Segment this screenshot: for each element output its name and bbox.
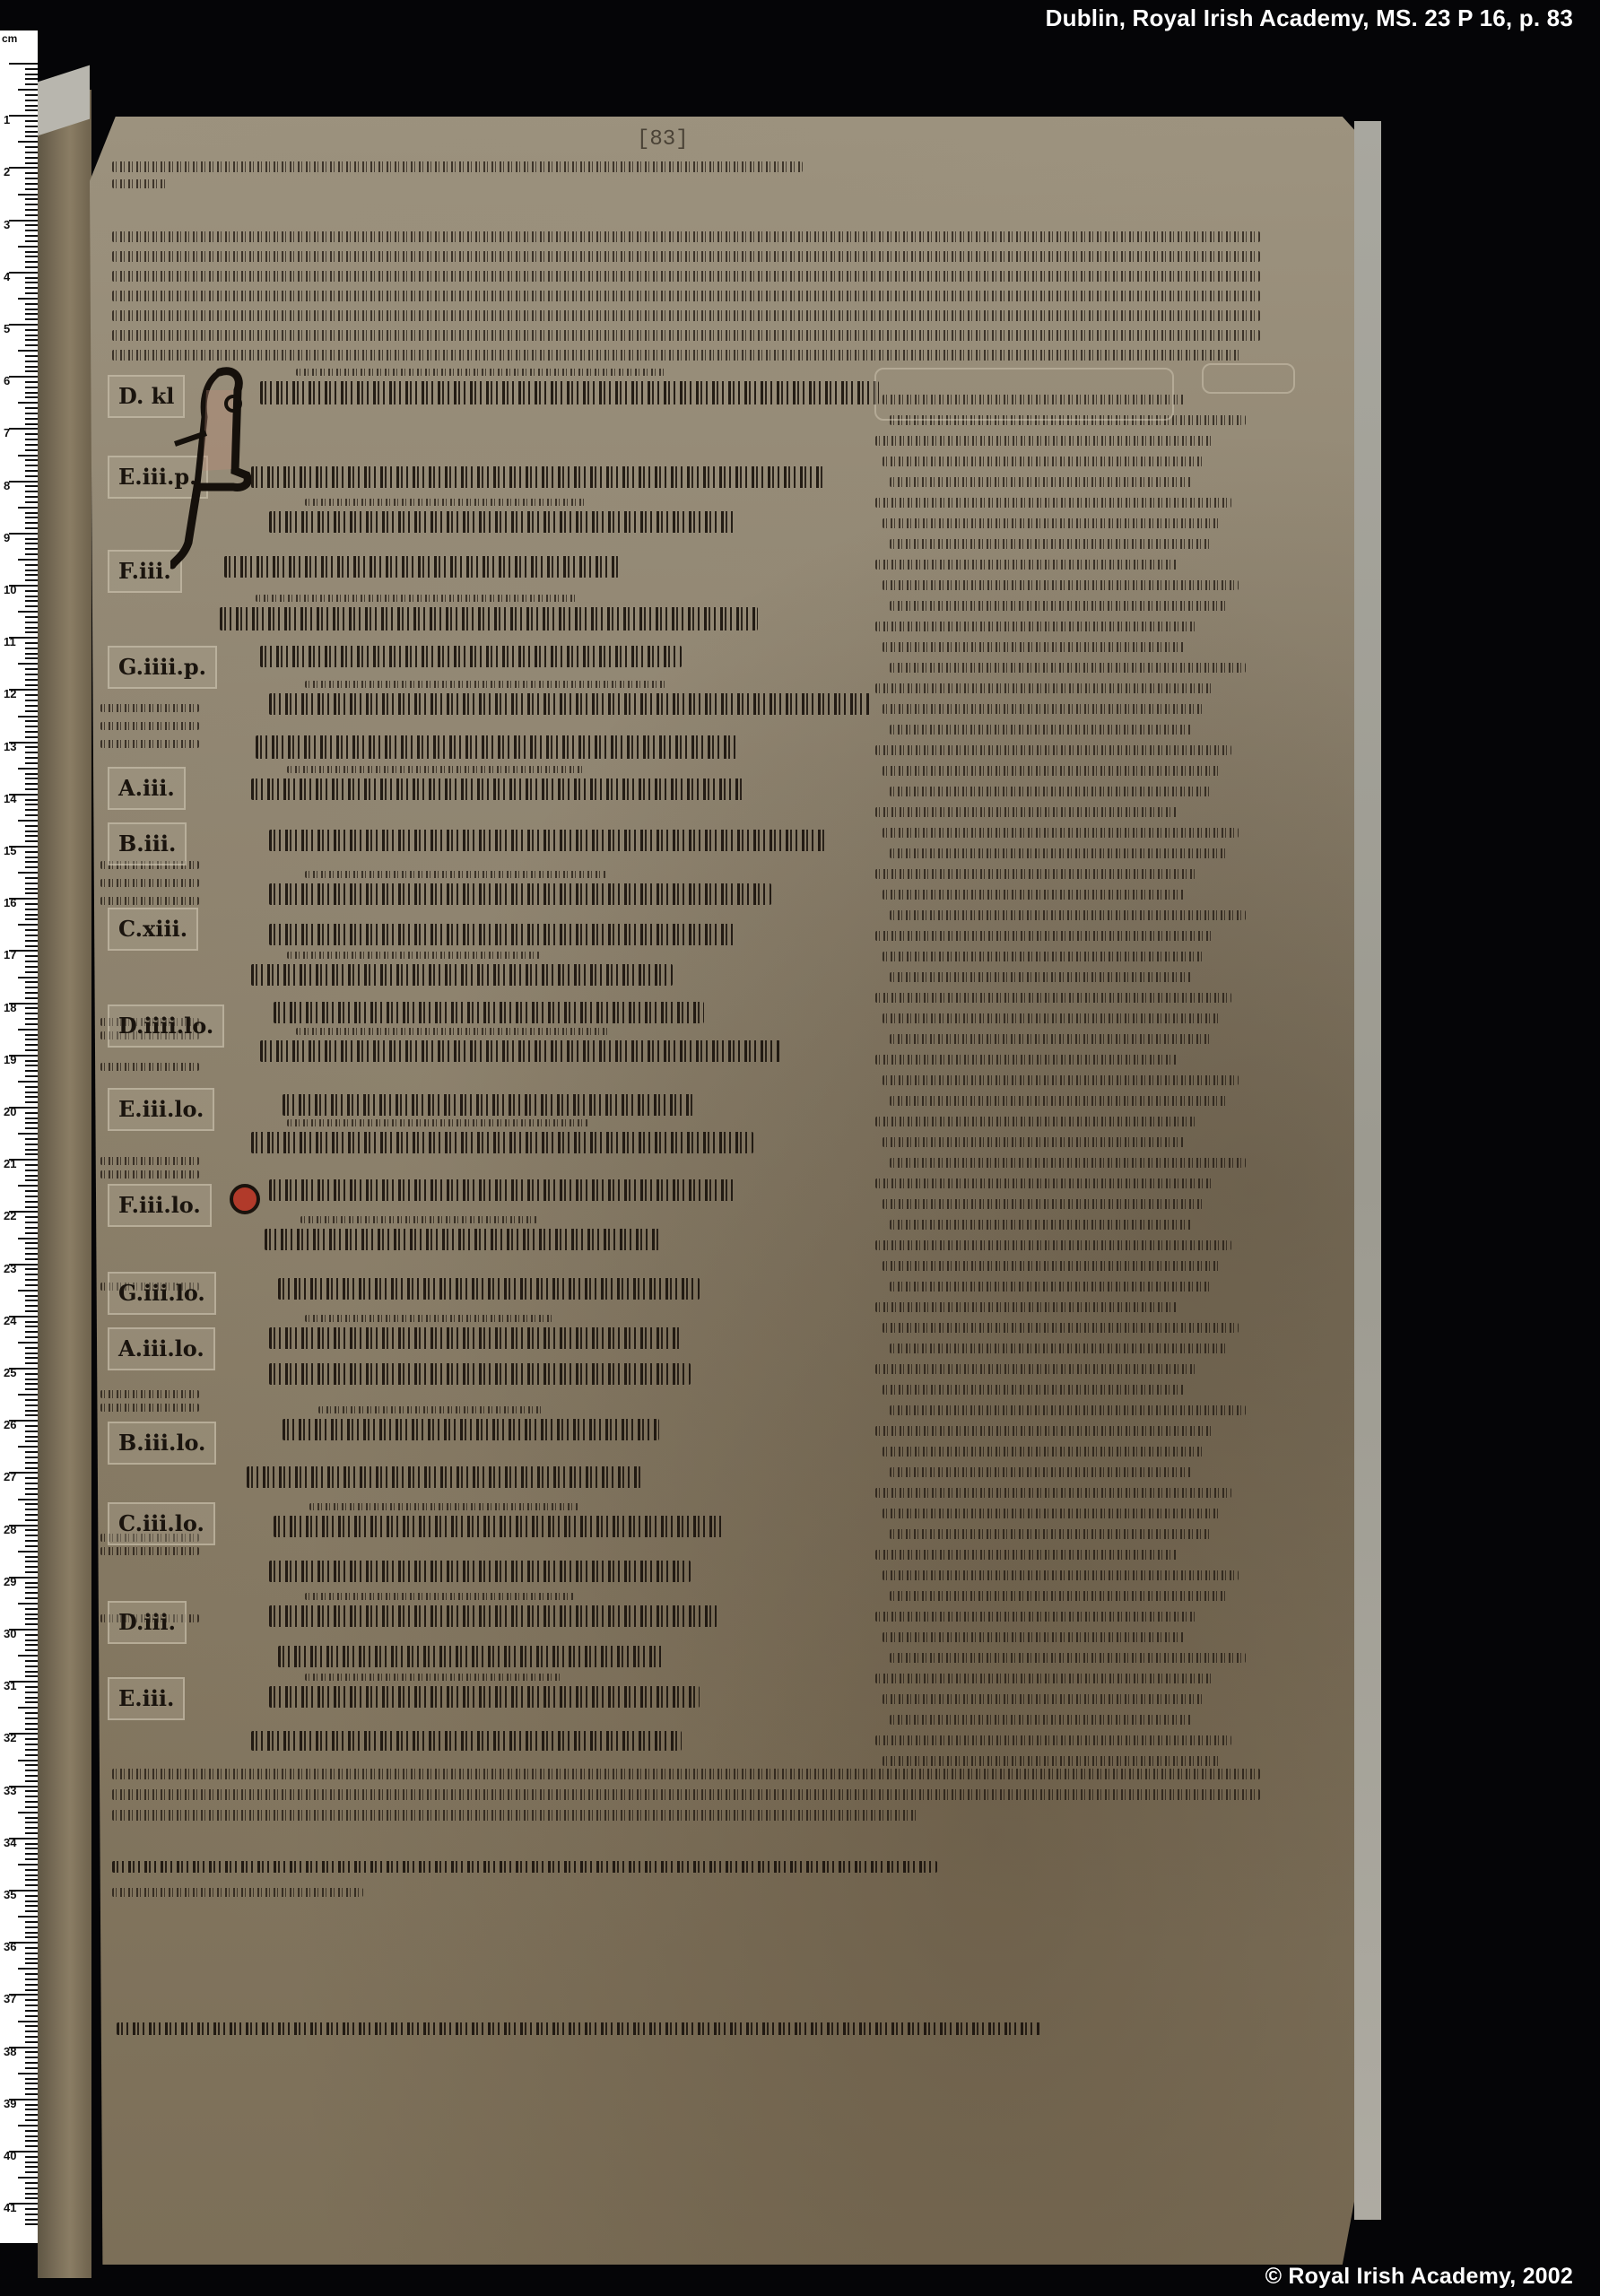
ruler-tick — [25, 642, 38, 644]
ruler-tick — [25, 387, 38, 388]
ruler-tick — [25, 883, 38, 884]
ruler-tick — [18, 350, 38, 352]
ruler-tick — [25, 1284, 38, 1286]
gloss-line — [100, 704, 199, 712]
ruler-tick — [18, 1812, 38, 1813]
ink-strokes — [274, 1002, 704, 1023]
gloss-line — [100, 1170, 199, 1178]
ruler-tick — [25, 1044, 38, 1046]
ruler-tick — [25, 74, 38, 75]
ink-strokes — [890, 601, 1228, 611]
ruler-tick — [9, 63, 38, 65]
ink-strokes — [300, 1216, 537, 1223]
ruler-tick — [25, 1149, 38, 1151]
ruler-tick — [25, 1488, 38, 1490]
ink-strokes — [883, 828, 1239, 838]
gloss-line — [883, 1323, 1239, 1333]
ruler-tick — [9, 533, 38, 535]
ruler-tick — [25, 1144, 38, 1145]
gloss-line — [100, 722, 199, 730]
ruler-label: 26 — [4, 1418, 16, 1431]
ruler-tick — [25, 1675, 38, 1677]
ruler-tick — [25, 746, 38, 748]
gloss-line — [100, 879, 199, 887]
ruler-label: 4 — [4, 270, 10, 283]
ink-strokes — [269, 1179, 735, 1201]
annal-marker-kl: A.iii.lo. — [108, 1327, 215, 1370]
ruler-tick — [25, 2187, 38, 2189]
gloss-line — [890, 539, 1210, 549]
ink-strokes — [875, 869, 1196, 879]
ruler-label: 41 — [4, 2201, 16, 2214]
ruler-tick — [9, 376, 38, 378]
ruler-tick — [25, 214, 38, 216]
ruler-tick — [9, 272, 38, 274]
ruler-label: 16 — [4, 896, 16, 909]
gloss-line — [883, 1509, 1221, 1518]
ink-strokes — [100, 740, 199, 748]
ruler-tick — [25, 648, 38, 649]
ruler-tick — [25, 282, 38, 283]
ruler-tick — [25, 1801, 38, 1803]
ruler-tick — [25, 2057, 38, 2058]
script-line — [260, 646, 682, 667]
ink-strokes — [112, 1888, 363, 1897]
ink-strokes — [296, 369, 667, 376]
ruler-tick — [25, 2005, 38, 2006]
ink-strokes — [318, 1406, 544, 1413]
ruler-tick — [25, 596, 38, 597]
ruler-label: 9 — [4, 531, 10, 544]
script-line — [274, 1516, 722, 1537]
ruler-tick — [25, 851, 38, 853]
ink-strokes — [269, 830, 825, 851]
annal-marker-kl: C.iii.lo. — [108, 1502, 215, 1545]
ruler-label: 24 — [4, 1314, 16, 1327]
ruler-tick — [25, 512, 38, 514]
ink-strokes — [890, 1282, 1210, 1291]
ink-strokes — [875, 1302, 1178, 1312]
ruler-tick — [25, 1352, 38, 1354]
ink-strokes — [269, 1561, 691, 1582]
ruler-tick — [25, 679, 38, 681]
ruler-tick — [25, 1858, 38, 1860]
ruler-tick — [25, 240, 38, 242]
ink-strokes — [112, 330, 1260, 341]
ink-strokes — [883, 518, 1221, 528]
ruler-tick — [25, 1947, 38, 1949]
script-line — [269, 1561, 691, 1582]
ruler-tick — [25, 668, 38, 670]
gloss-line — [890, 1158, 1246, 1168]
ruler-tick — [18, 2073, 38, 2074]
ruler-tick — [25, 1618, 38, 1620]
ruler-tick — [25, 465, 38, 466]
ruler-tick — [25, 68, 38, 70]
ruler-tick — [25, 736, 38, 738]
ruler-label: 23 — [4, 1262, 16, 1275]
ruler-tick — [25, 2036, 38, 2038]
ruler-tick — [25, 1822, 38, 1823]
gloss-line — [305, 499, 585, 506]
ruler-tick — [25, 2067, 38, 2069]
ruler-tick — [25, 987, 38, 988]
ruler-label: 31 — [4, 1679, 16, 1692]
ruler-tick — [25, 1519, 38, 1521]
ruler-tick — [25, 178, 38, 179]
ruler-tick — [25, 657, 38, 659]
gloss-line — [883, 1385, 1185, 1395]
ruler-label: 38 — [4, 2045, 16, 2058]
ruler-tick — [25, 903, 38, 905]
ruler-tick — [25, 1362, 38, 1364]
ruler-tick — [25, 1796, 38, 1797]
gloss-line — [100, 897, 199, 905]
ink-strokes — [112, 1769, 1260, 1779]
ink-strokes — [224, 556, 619, 578]
ink-strokes — [875, 622, 1196, 631]
ruler-tick — [25, 491, 38, 492]
gloss-line — [875, 1055, 1178, 1065]
ink-strokes — [883, 1447, 1203, 1457]
ruler-tick — [25, 814, 38, 816]
script-line — [278, 1646, 664, 1667]
ruler-label: 36 — [4, 1940, 16, 1953]
ink-strokes — [112, 1810, 919, 1821]
gloss-line — [112, 1769, 1260, 1779]
ruler-tick — [25, 1258, 38, 1260]
ruler-tick — [25, 799, 38, 801]
ruler-tick — [25, 100, 38, 101]
ruler-tick — [25, 1770, 38, 1771]
gloss-line — [296, 1028, 608, 1035]
gloss-line — [890, 1096, 1228, 1106]
script-line — [260, 381, 879, 404]
gloss-line — [112, 271, 1260, 282]
ruler-tick — [25, 2078, 38, 2080]
ruler-tick — [9, 115, 38, 117]
ruler-tick — [25, 444, 38, 446]
ruler-tick — [25, 439, 38, 440]
ruler-tick — [25, 2166, 38, 2168]
annal-marker-kl: E.iii. — [108, 1677, 185, 1720]
ruler-label: 28 — [4, 1523, 16, 1536]
ruler-tick — [25, 1754, 38, 1756]
ink-strokes — [260, 1040, 780, 1062]
gloss-line — [883, 642, 1185, 652]
ruler-tick — [25, 1049, 38, 1051]
ruler-tick — [25, 1383, 38, 1385]
ruler-tick — [25, 2062, 38, 2064]
gloss-line — [883, 1075, 1239, 1085]
ink-strokes — [883, 890, 1185, 900]
annal-marker-kl: A.iii. — [108, 767, 186, 810]
gloss-line — [875, 931, 1213, 941]
ink-strokes — [890, 1034, 1210, 1044]
ruler-tick — [25, 1718, 38, 1719]
ruler-tick — [25, 1832, 38, 1834]
gloss-line — [305, 1593, 574, 1600]
ruler-tick — [25, 955, 38, 957]
ruler-tick — [25, 1613, 38, 1615]
gloss-bracket-box — [1202, 363, 1295, 394]
ink-strokes — [890, 725, 1192, 735]
ruler-tick — [25, 788, 38, 790]
ruler-tick — [25, 909, 38, 910]
gloss-line — [112, 1810, 919, 1821]
ruler-tick — [18, 1864, 38, 1865]
ink-strokes — [875, 1178, 1213, 1188]
ink-strokes — [890, 1467, 1192, 1477]
ruler-tick — [25, 762, 38, 764]
ruler-tick — [25, 1326, 38, 1327]
ruler-tick — [18, 1029, 38, 1031]
ruler-tick — [25, 877, 38, 879]
gloss-line — [875, 869, 1196, 879]
ruler-tick — [25, 2031, 38, 2032]
ruler-tick — [25, 370, 38, 372]
ruler-tick — [25, 918, 38, 920]
gloss-line — [890, 663, 1246, 673]
ruler-tick — [25, 945, 38, 947]
ruler-label: 13 — [4, 740, 16, 753]
ink-strokes — [890, 1344, 1228, 1353]
ruler-label: 18 — [4, 1001, 16, 1014]
ruler-tick — [25, 146, 38, 148]
ruler-tick — [25, 684, 38, 686]
ruler-tick — [25, 825, 38, 827]
ruler-tick — [25, 1232, 38, 1234]
gloss-line — [883, 457, 1203, 466]
ruler-tick — [25, 1451, 38, 1453]
ruler-tick — [25, 339, 38, 341]
ink-strokes — [287, 1119, 588, 1126]
ruler-tick — [25, 866, 38, 868]
ruler-tick — [25, 2041, 38, 2043]
ruler-tick — [25, 517, 38, 518]
gloss-line — [883, 1261, 1221, 1271]
ruler-tick — [25, 1869, 38, 1871]
ink-strokes — [251, 466, 825, 488]
ruler-tick — [25, 1582, 38, 1584]
ruler-tick — [25, 1190, 38, 1192]
ruler-tick — [18, 872, 38, 874]
ruler-tick — [25, 1921, 38, 1923]
ruler-tick — [9, 220, 38, 222]
gloss-line — [300, 1216, 537, 1223]
ruler-tick — [25, 1905, 38, 1907]
ruler-label: 7 — [4, 426, 10, 439]
annal-marker-kl: D.iii. — [108, 1601, 187, 1644]
ruler-tick — [25, 1545, 38, 1547]
ruler-tick — [25, 1414, 38, 1416]
ruler-tick — [18, 2021, 38, 2022]
gloss-line — [875, 1364, 1196, 1374]
ruler-tick — [25, 1060, 38, 1062]
ruler-tick — [25, 1973, 38, 1975]
ruler-tick — [25, 261, 38, 263]
ruler-tick — [25, 600, 38, 602]
ruler-tick — [25, 757, 38, 759]
gloss-line — [883, 1570, 1239, 1580]
ink-strokes — [247, 1466, 641, 1488]
ruler-tick — [25, 1697, 38, 1699]
gloss-line — [875, 560, 1178, 570]
gloss-line — [100, 1157, 199, 1165]
gloss-line — [112, 1789, 1260, 1800]
ruler-tick — [25, 835, 38, 837]
gloss-line — [112, 1888, 363, 1897]
gloss-line — [875, 1117, 1196, 1126]
ruler-tick — [25, 1999, 38, 2001]
ruler-tick — [18, 1760, 38, 1761]
ruler-tick — [25, 1686, 38, 1688]
ink-strokes — [875, 993, 1231, 1003]
ruler-label: 25 — [4, 1366, 16, 1379]
script-line — [251, 1132, 753, 1153]
ruler-tick — [25, 2213, 38, 2215]
script-line — [269, 1686, 700, 1708]
script-line — [269, 693, 870, 715]
ruler-tick — [25, 997, 38, 999]
ruler-label: 19 — [4, 1053, 16, 1066]
gloss-line — [890, 1282, 1210, 1291]
decorated-initial-L-icon — [170, 363, 251, 570]
ink-strokes — [883, 1570, 1239, 1580]
ruler-label: 14 — [4, 792, 16, 805]
ink-strokes — [890, 477, 1192, 487]
ruler-tick — [25, 804, 38, 805]
ink-strokes — [265, 1229, 659, 1250]
gloss-line — [883, 704, 1203, 714]
script-line — [251, 964, 673, 986]
gloss-line — [890, 477, 1192, 487]
ruler-tick — [9, 481, 38, 483]
ruler-tick — [18, 2177, 38, 2179]
ink-strokes — [883, 1323, 1239, 1333]
gloss-line — [112, 231, 1260, 242]
ruler-tick — [25, 1623, 38, 1625]
script-line — [269, 1179, 735, 1201]
ruler-tick — [25, 152, 38, 153]
annal-marker-kl: B.iii. — [108, 822, 187, 865]
ruler-tick — [25, 1749, 38, 1751]
ink-strokes — [883, 1013, 1221, 1023]
page-number-stamp: [83] — [637, 127, 689, 152]
ruler-tick — [25, 1170, 38, 1171]
ruler-tick — [25, 1790, 38, 1792]
ruler-tick — [25, 287, 38, 289]
gloss-line — [875, 807, 1178, 817]
ruler-tick — [25, 1843, 38, 1845]
ruler-tick — [25, 553, 38, 555]
ruler-tick — [25, 1874, 38, 1876]
ruler-tick — [25, 705, 38, 707]
ruler-tick — [25, 570, 38, 571]
gloss-line — [875, 993, 1231, 1003]
ruler-tick — [25, 318, 38, 320]
ink-strokes — [883, 1509, 1221, 1518]
ruler-tick — [25, 1227, 38, 1229]
script-line — [251, 1731, 682, 1751]
ruler-tick — [25, 2093, 38, 2095]
ink-strokes — [890, 1715, 1192, 1725]
ruler-tick — [25, 329, 38, 331]
script-line — [274, 1002, 704, 1023]
ruler-tick — [25, 1436, 38, 1438]
ruler-tick — [25, 361, 38, 362]
gloss-line — [875, 1302, 1178, 1312]
ruler-label: 21 — [4, 1157, 16, 1170]
ruler-tick — [25, 1764, 38, 1766]
ruler-tick — [25, 1503, 38, 1505]
ruler-tick — [25, 251, 38, 253]
ruler-tick — [25, 235, 38, 237]
ruler-tick — [25, 1477, 38, 1479]
ink-strokes — [251, 1731, 682, 1751]
ink-strokes — [100, 1404, 199, 1412]
ruler-tick — [25, 459, 38, 461]
ruler-tick — [25, 470, 38, 472]
ink-strokes — [269, 693, 870, 715]
ruler-tick — [18, 1707, 38, 1709]
gloss-line — [309, 1503, 578, 1510]
ink-strokes — [269, 511, 735, 533]
ruler-tick — [25, 1310, 38, 1312]
ruler-tick — [25, 966, 38, 968]
ruler-tick — [25, 204, 38, 205]
ink-strokes — [100, 722, 199, 730]
gloss-line — [883, 518, 1221, 528]
ink-strokes — [883, 704, 1203, 714]
ruler-tick — [25, 1592, 38, 1594]
script-line — [283, 1094, 695, 1116]
ruler-tick — [25, 574, 38, 576]
ruler-tick — [25, 1086, 38, 1088]
gloss-line — [890, 725, 1192, 735]
ruler-tick — [25, 392, 38, 394]
ruler-tick — [18, 1446, 38, 1448]
annal-marker-kl: G.iii.lo. — [108, 1272, 216, 1315]
gloss-line — [305, 1674, 563, 1681]
ruler-tick — [25, 1649, 38, 1651]
ruler-tick — [18, 1968, 38, 1970]
ruler-tick — [25, 423, 38, 425]
ruler-tick — [25, 940, 38, 942]
ink-strokes — [112, 291, 1260, 301]
ruler-tick — [25, 1378, 38, 1380]
ruler-tick — [25, 1179, 38, 1181]
ruler-tick — [25, 543, 38, 544]
ruler-tick — [25, 413, 38, 414]
ruler-tick — [25, 501, 38, 503]
ruler-tick — [25, 2083, 38, 2084]
ruler-tick — [25, 1738, 38, 1740]
ruler-tick — [25, 1509, 38, 1510]
ruler-tick — [18, 1603, 38, 1605]
script-line — [260, 1040, 780, 1062]
ruler-tick — [25, 381, 38, 383]
ink-strokes — [883, 1075, 1239, 1085]
ruler-tick — [25, 981, 38, 983]
ink-strokes — [890, 539, 1210, 549]
ink-strokes — [883, 642, 1185, 652]
ruler-tick — [25, 1483, 38, 1484]
ruler-tick — [25, 1070, 38, 1072]
gloss-line — [112, 251, 1260, 262]
ruler-tick — [25, 1201, 38, 1203]
script-line — [283, 1419, 659, 1440]
